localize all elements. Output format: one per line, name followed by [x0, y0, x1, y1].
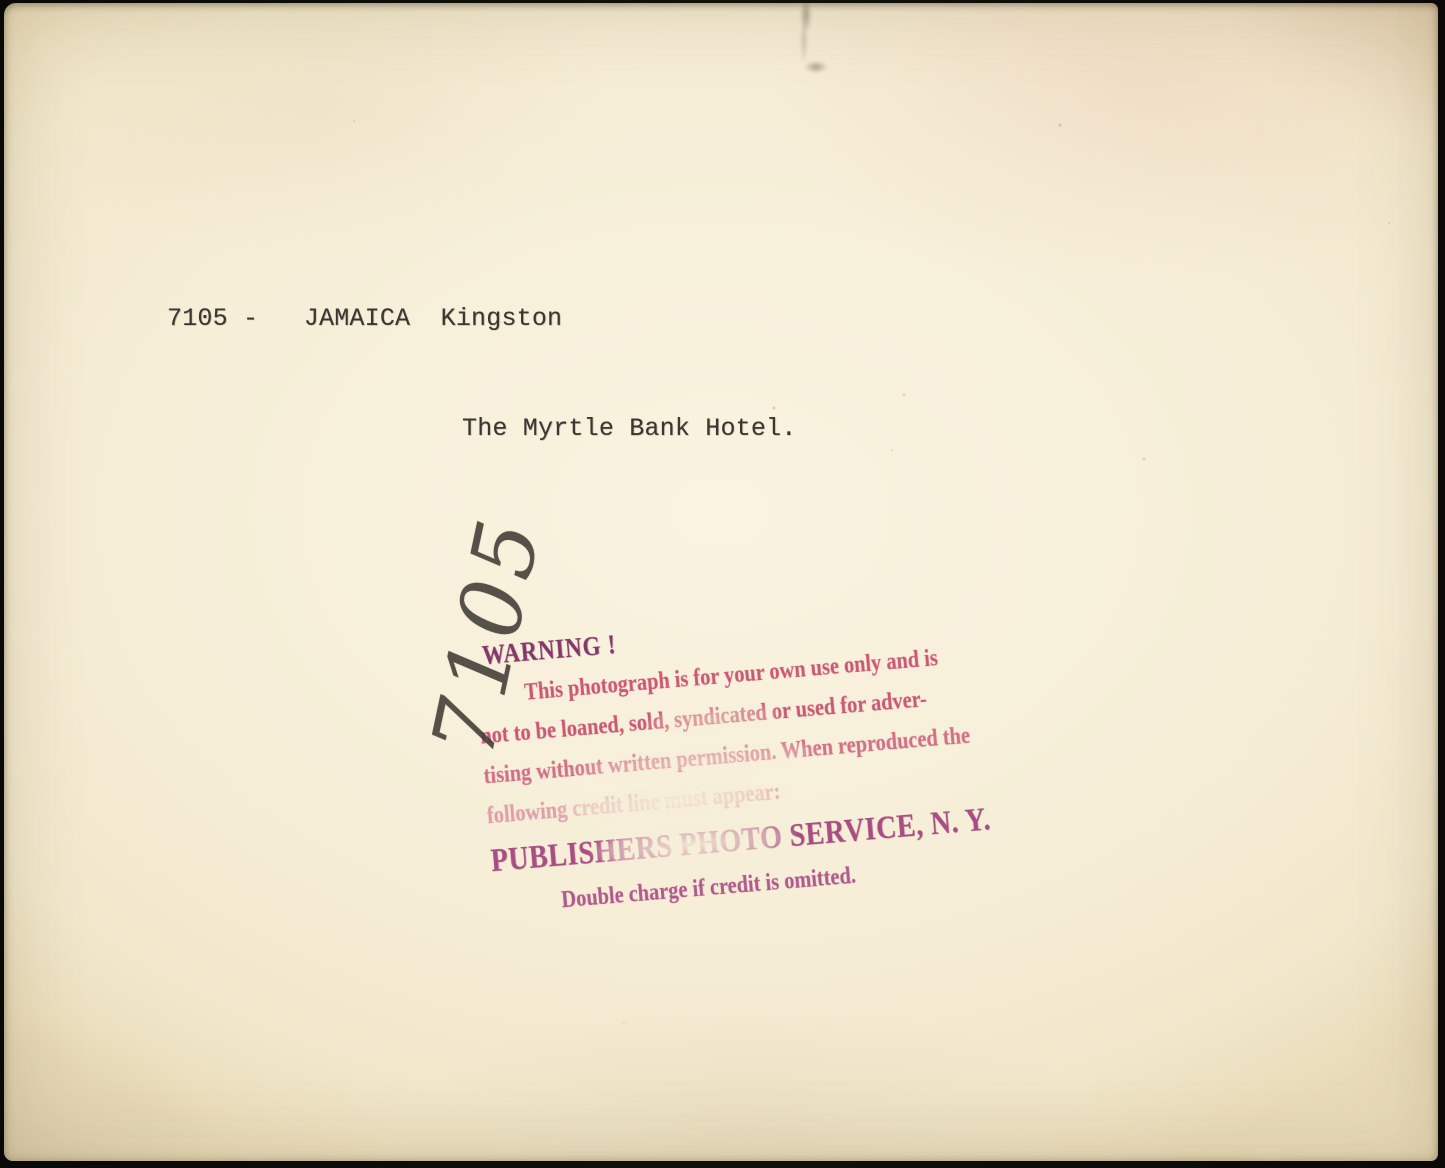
paper-foxing-speckles: [4, 3, 1438, 1161]
caption-line: The Myrtle Bank Hotel.: [462, 415, 796, 443]
paper-vignette: [4, 3, 1438, 1161]
top-edge-smudge: [770, 3, 844, 89]
photo-verso-paper: 7105 - JAMAICA Kingston The Myrtle Bank …: [4, 3, 1438, 1161]
scanner-background: 7105 - JAMAICA Kingston The Myrtle Bank …: [0, 0, 1445, 1168]
catalog-number-line: 7105 - JAMAICA Kingston: [167, 305, 796, 333]
typed-caption-block: 7105 - JAMAICA Kingston The Myrtle Bank …: [167, 249, 796, 499]
